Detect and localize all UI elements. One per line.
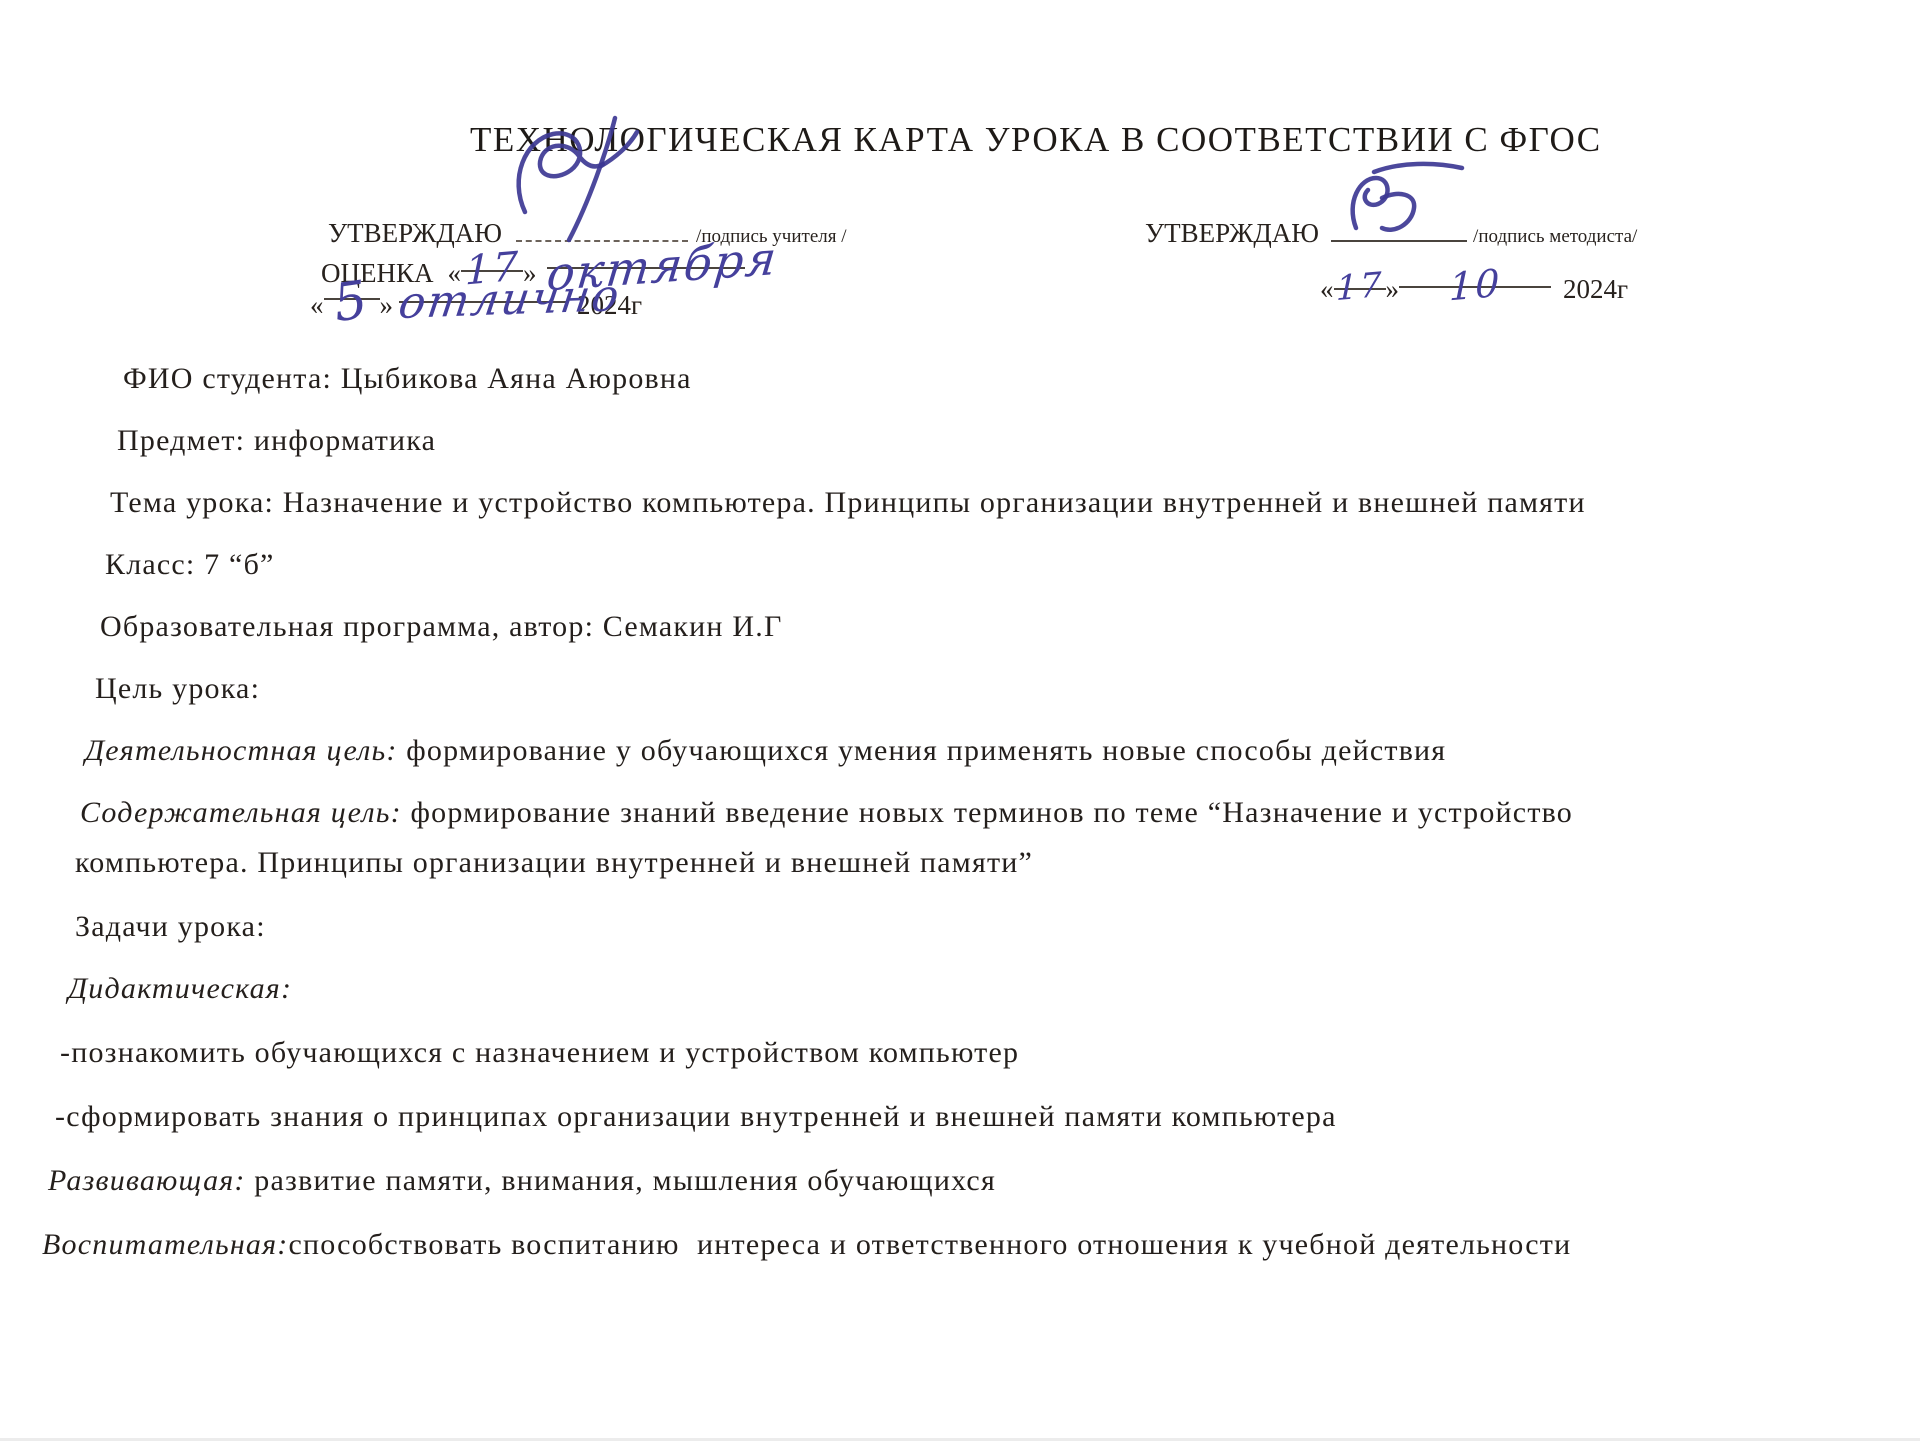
line-text: Класс: 7 “б” [105,548,275,581]
handwritten-day: 17 [1336,285,1383,289]
line-text: способствовать воспитанию интереса и отв… [288,1228,1571,1261]
line-text: Цель урока: [95,672,260,705]
close-quote: » [380,290,394,321]
line-text: развитие памяти, внимания, мышления обуч… [246,1164,996,1197]
line-text: Задачи урока: [75,910,266,943]
line-lead: Деятельностная цель: [85,734,398,767]
body-line-activity-goal: Деятельностная цель: формирование у обуч… [85,734,1446,768]
handwritten-mark-word: отлично [399,296,620,304]
grade-day-line: 17 [461,269,523,272]
handwritten-month: 10 [1449,283,1501,288]
body-line-goal-header: Цель урока: [95,672,260,706]
methodist-month-underline: 10 [1399,285,1551,288]
methodist-year: 2024г [1563,274,1628,305]
body-line-developing: Развивающая: развитие памяти, внимания, … [48,1164,996,1198]
methodist-date-line: « 17 » 10 2024г [1320,274,1628,305]
body-line-content-goal: Содержательная цель: формирование знаний… [80,796,1573,830]
body-line-class: Класс: 7 “б” [105,548,275,582]
line-text: ФИО студента: Цыбикова Аяна Аюровна [123,362,692,395]
handwritten-mark: 5 [334,300,369,305]
body-line-subject: Предмет: информатика [117,424,436,458]
body-line-tasks-header: Задачи урока: [75,910,266,944]
line-text: Образовательная программа, автор: Семаки… [100,610,783,643]
open-quote: « [1320,274,1334,305]
line-lead: Развивающая: [48,1164,246,1197]
line-text: формирование у обучающихся умения примен… [398,734,1447,767]
body-line-topic: Тема урока: Назначение и устройство комп… [110,486,1586,520]
line-text: -сформировать знания о принципах организ… [55,1100,1337,1133]
body-line-task-1: -познакомить обучающихся с назначением и… [60,1036,1019,1070]
grade-mark-line: « 5 » отлично 2024г [310,290,642,321]
open-quote: « [310,290,324,321]
line-lead: Содержательная цель: [80,796,402,829]
teacher-signature-icon [495,112,680,250]
line-text: Тема урока: Назначение и устройство комп… [110,486,1586,519]
close-quote: » [1386,274,1400,305]
body-line-content-goal-2: компьютера. Принципы организации внутрен… [75,846,1033,880]
handwritten-day: 17 [465,267,520,272]
methodist-signature-icon [1322,152,1474,240]
line-lead: Дидактическая: [68,972,292,1005]
methodist-approval-label: УТВЕРЖДАЮ [1145,218,1319,249]
methodist-signature-caption: /подпись методиста/ [1473,226,1637,248]
methodist-day-underline: 17 [1334,287,1386,290]
body-line-educational: Воспитательная:способствовать воспитанию… [42,1228,1571,1262]
teacher-approval-label: УТВЕРЖДАЮ [328,218,502,249]
grade-mark-underline: 5 [324,297,380,300]
grade-word-underline: отлично [399,300,567,303]
body-line-program: Образовательная программа, автор: Семаки… [100,610,783,644]
body-line-task-2: -сформировать знания о принципах организ… [55,1100,1337,1134]
grade-month-line: октября [547,266,745,269]
scanned-document-page: ТЕХНОЛОГИЧЕСКАЯ КАРТА УРОКА В СООТВЕТСТВ… [0,0,1920,1441]
line-text: формирование знаний введение новых терми… [402,796,1573,829]
body-line-didactic: Дидактическая: [68,972,292,1006]
body-line-student: ФИО студента: Цыбикова Аяна Аюровна [123,362,692,396]
line-text: -познакомить обучающихся с назначением и… [60,1036,1019,1069]
line-text: компьютера. Принципы организации внутрен… [75,846,1033,879]
line-text: Предмет: информатика [117,424,436,457]
line-lead: Воспитательная: [42,1228,288,1261]
